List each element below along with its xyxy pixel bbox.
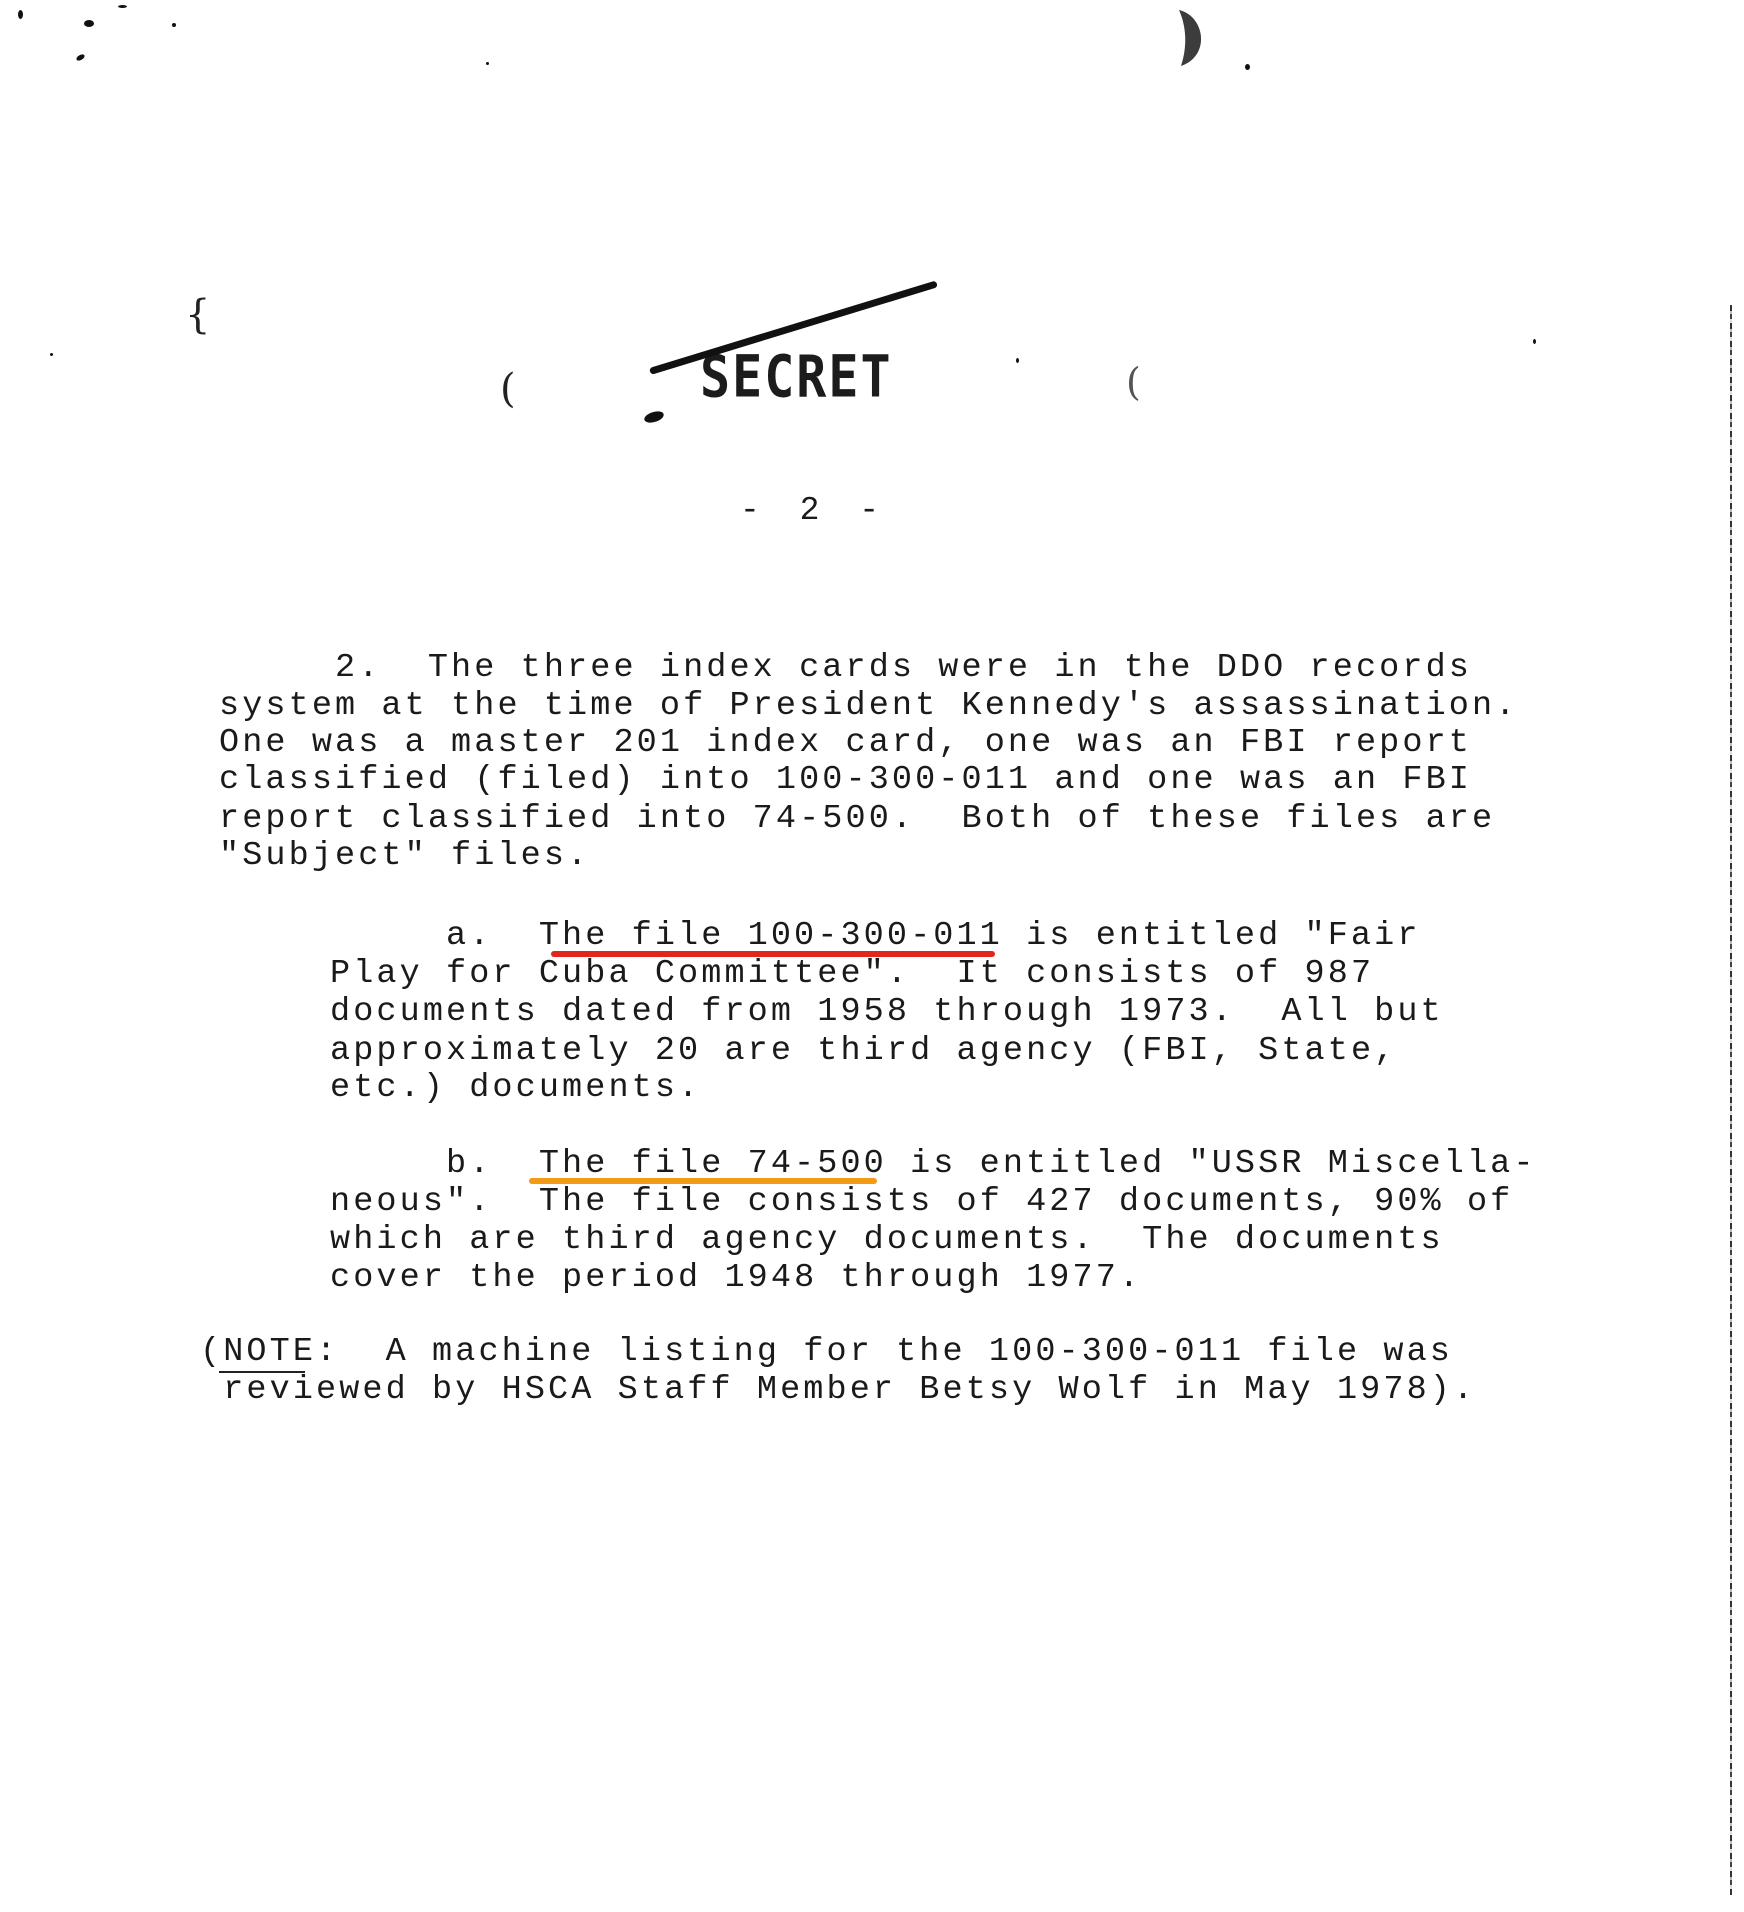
scan-speck <box>118 5 127 8</box>
scan-speck <box>486 62 489 65</box>
item-line: b. The file 74-500 is entitled "USSR Mis… <box>446 1148 1537 1182</box>
item-line: approximately 20 are third agency (FBI, … <box>330 1035 1397 1069</box>
scan-speck <box>50 353 53 356</box>
scan-speck <box>172 23 176 27</box>
scan-speck <box>84 20 94 27</box>
item-line: which are third agency documents. The do… <box>330 1224 1444 1258</box>
right-paren-mark: ( <box>1126 360 1141 404</box>
scan-speck <box>75 53 85 62</box>
paragraph-line: report classified into 74-500. Both of t… <box>219 803 1495 837</box>
item-line: neous". The file consists of 427 documen… <box>330 1186 1513 1220</box>
paragraph-line: system at the time of President Kennedy'… <box>219 690 1518 724</box>
paragraph-line: "Subject" files. <box>219 840 590 874</box>
item-line: a. The file 100-300-011 is entitled "Fai… <box>446 920 1421 954</box>
scan-speck <box>1245 64 1250 70</box>
left-bracket-mark: { <box>185 292 210 338</box>
page-number: - 2 - <box>740 492 889 529</box>
item-line: etc.) documents. <box>330 1072 701 1106</box>
scanned-document-page: { ( ( SECRET - 2 - 2. The three index ca… <box>0 0 1744 1912</box>
scan-speck <box>1016 358 1019 363</box>
stamp-strikethrough-tip <box>643 409 665 424</box>
paragraph-line: classified (filed) into 100-300-011 and … <box>219 764 1472 798</box>
item-line: cover the period 1948 through 1977. <box>330 1262 1142 1296</box>
punch-hole-mark <box>1175 8 1215 68</box>
note-line: (NOTE: A machine listing for the 100-300… <box>200 1336 1453 1370</box>
classification-stamp: SECRET <box>700 344 893 411</box>
margin-rule <box>1730 305 1732 1895</box>
scan-speck <box>1533 339 1536 344</box>
paragraph-line: One was a master 201 index card, one was… <box>219 727 1472 761</box>
paragraph-line: 2. The three index cards were in the DDO… <box>219 652 1472 686</box>
scan-speck <box>18 10 23 19</box>
item-line: Play for Cuba Committee". It consists of… <box>330 958 1374 992</box>
left-paren-mark: ( <box>500 366 516 412</box>
note-line: reviewed by HSCA Staff Member Betsy Wolf… <box>200 1374 1476 1408</box>
item-line: documents dated from 1958 through 1973. … <box>330 996 1444 1030</box>
